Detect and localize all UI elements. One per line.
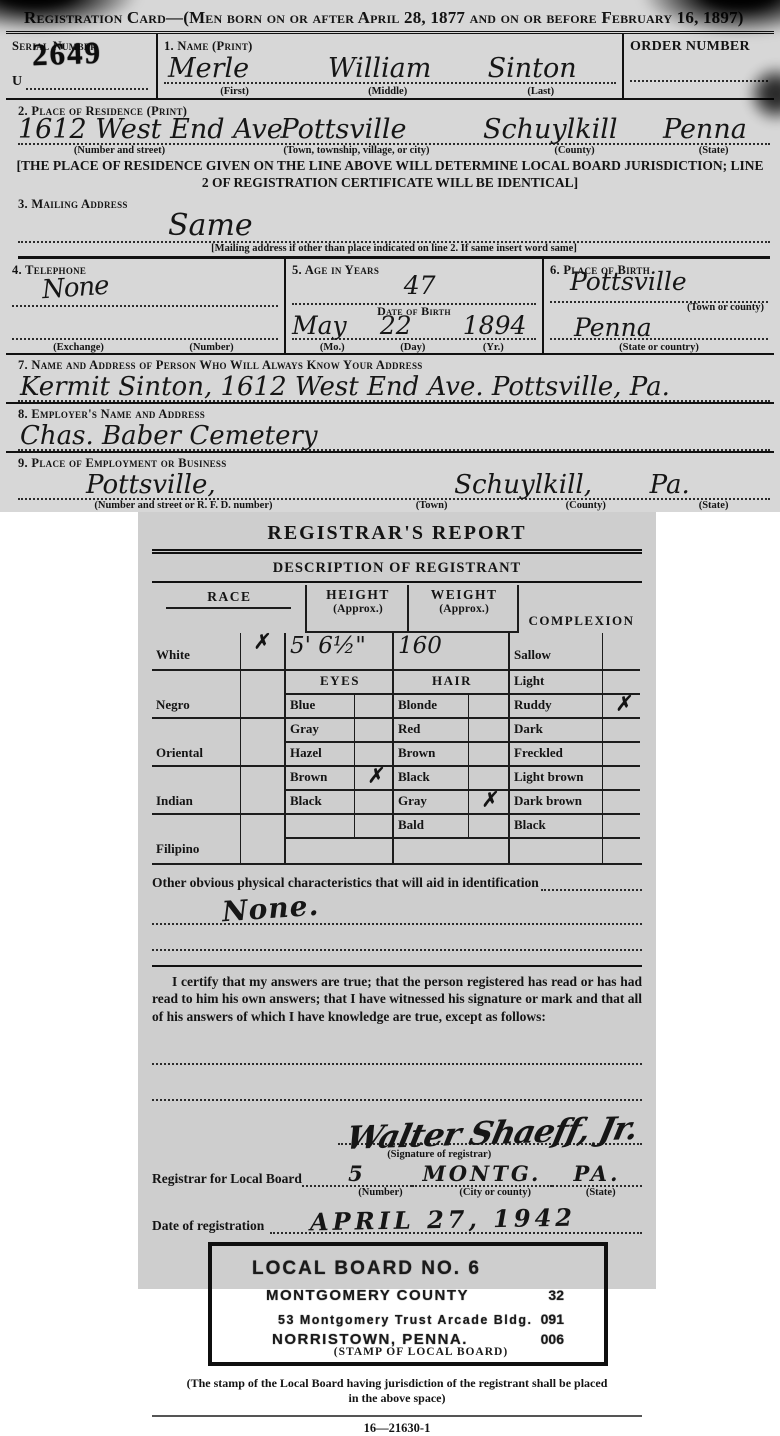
complexion-darkbrown-label: Dark brown [508, 791, 602, 815]
other-characteristics-line: Other obvious physical characteristics t… [152, 875, 642, 891]
eyes-blank-label [284, 815, 354, 839]
weight-header: WEIGHT (Approx.) [407, 585, 517, 633]
eyes-gray-check [354, 719, 392, 743]
table-row-oriental: Oriental Hazel Brown Freckled [152, 743, 642, 767]
local-board-stamp: LOCAL BOARD NO. 6 MONTGOMERY COUNTY 32 5… [208, 1242, 608, 1289]
birthplace-dotted-line-2 [550, 338, 768, 340]
contact-value: Kermit Sinton, 1612 West End Ave. Pottsv… [20, 374, 670, 400]
hair-footer-spacer [392, 839, 508, 863]
hair-gray-check: ✗ [468, 791, 508, 815]
complexion-sallow-label: Sallow [508, 633, 602, 671]
hair-black-check [468, 767, 508, 791]
board-city-segment: MONTG. [412, 1163, 552, 1187]
weight-header-text: WEIGHT [431, 587, 498, 602]
check-mark: ✗ [614, 696, 631, 713]
card-title: Registration Card—(Men born on or after … [6, 2, 774, 34]
race-indian-check [240, 791, 284, 815]
employment-section: 9. Place of Employment or Business Potts… [6, 453, 774, 512]
hair-bald-label: Bald [392, 815, 468, 839]
race-filipino-label: Filipino [152, 839, 240, 863]
race-spacer [152, 767, 240, 791]
weight-value: 160 [398, 633, 442, 659]
residence-state-value: Penna [663, 116, 768, 143]
exceptions-dotted-line-2 [152, 1065, 642, 1101]
contact-section: 7. Name and Address of Person Who Will A… [6, 355, 774, 404]
hair-blonde-label: Blonde [392, 695, 468, 719]
race-spacer [152, 671, 240, 695]
date-of-registration-write-line: APRIL 27, 1942 [270, 1208, 642, 1234]
other-characteristics-value: None. [221, 892, 320, 927]
employment-sublabels: (Number and street or R. F. D. number) (… [18, 500, 770, 512]
residence-town-value: Pottsville [281, 116, 484, 143]
serial-prefix: U [12, 74, 22, 90]
month-sublabel: (Mo.) [292, 342, 373, 353]
complexion-header: COMPLEXION [517, 585, 642, 633]
mailing-line: Same [18, 211, 770, 243]
race-spacer [152, 719, 240, 743]
employer-label: 8. Employer's Name and Address [18, 407, 205, 421]
complexion-lightbrown-check [602, 767, 640, 791]
complexion-dark-check [602, 719, 640, 743]
mailing-section: 3. Mailing Address Same [Mailing address… [6, 193, 774, 259]
table-row-gray-red-dark: Gray Red Dark [152, 719, 642, 743]
employment-town-sublabel: (Town) [349, 500, 514, 511]
number-sublabel: (Number) [145, 342, 278, 353]
hair-header: HAIR [392, 671, 508, 695]
eyes-blue-label: Blue [284, 695, 354, 719]
residence-street-value: 1612 West End Ave [18, 116, 281, 143]
board-state-segment: PA. [552, 1163, 642, 1187]
employment-street-sublabel: (Number and street or R. F. D. number) [18, 500, 349, 511]
other-characteristics-label: Other obvious physical characteristics t… [152, 875, 539, 891]
table-row-filipino: Filipino [152, 839, 642, 865]
telephone-sublabels: (Exchange) (Number) [12, 342, 278, 353]
eyes-blank-check [354, 815, 392, 839]
report-title: REGISTRAR'S REPORT [152, 516, 642, 554]
race-oriental-label: Oriental [152, 743, 240, 767]
board-state-value: PA. [574, 1161, 621, 1186]
residence-county-value: Schuylkill [483, 116, 663, 143]
race-negro-label: Negro [152, 695, 240, 719]
dob-sublabels: (Mo.) (Day) (Yr.) [292, 342, 536, 353]
birthplace-state-value: Penna [574, 315, 652, 340]
contact-line: Kermit Sinton, 1612 West End Ave. Pottsv… [18, 374, 770, 402]
exchange-sublabel: (Exchange) [12, 342, 145, 353]
hair-gray-label: Gray [392, 791, 468, 815]
race-white-check: ✗ [240, 633, 284, 671]
county-sublabel: (County) [492, 145, 657, 156]
telephone-age-birth-row: 4. Telephone None (Exchange) (Number) 5.… [6, 259, 774, 355]
employment-county-value: Schuylkill, [454, 472, 650, 498]
employer-line: Chas. Baber Cemetery [18, 423, 770, 451]
dob-year-value: 1894 [463, 313, 536, 338]
order-number-label: ORDER NUMBER [630, 39, 750, 54]
date-of-registration-line: Date of registration APRIL 27, 1942 [152, 1208, 642, 1234]
state-sublabel: (State) [657, 145, 770, 156]
name-cell: 1. Name (Print) Merle William Sinton (Fi… [156, 34, 622, 98]
complexion-lightbrown-label: Light brown [508, 767, 602, 791]
complexion-darkbrown-check [602, 791, 640, 815]
complexion-freckled-label: Freckled [508, 743, 602, 767]
local-board-sublabels: (Number) (City or county) (State) [152, 1187, 642, 1198]
table-row-bald-black: Bald Black [152, 815, 642, 839]
mailing-sublabel: [Mailing address if other than place ind… [18, 243, 770, 259]
birthplace-cell: 6. Place of Birth Pottsville (Town or co… [542, 259, 774, 353]
complexion-footer-spacer [508, 839, 602, 863]
birthplace-town-value: Pottsville [570, 269, 687, 294]
eyes-hazel-label: Hazel [284, 743, 354, 767]
complexion-light-check [602, 671, 640, 695]
board-number-segment: 5 [302, 1163, 412, 1187]
dob-day-value: 22 [380, 313, 463, 338]
race-check-spacer [240, 815, 284, 839]
name-label: 1. Name (Print) [164, 39, 253, 53]
contact-label: 7. Name and Address of Person Who Will A… [18, 358, 423, 372]
check-mark: ✗ [480, 792, 497, 809]
hair-black-label: Black [392, 767, 468, 791]
telephone-dotted-line-1 [12, 305, 278, 307]
hair-brown-check [468, 743, 508, 767]
weight-value-cell: 160 [392, 633, 508, 671]
serial-dotted-line [26, 78, 148, 90]
height-approx: (Approx.) [311, 603, 405, 615]
employer-section: 8. Employer's Name and Address Chas. Bab… [6, 404, 774, 453]
registrar-signature-block: Walter Shaeff, Jr. (Signature of registr… [152, 1107, 642, 1159]
hair-red-check [468, 719, 508, 743]
order-number-cell: ORDER NUMBER [622, 34, 774, 98]
registration-card-front: Registration Card—(Men born on or after … [0, 0, 780, 512]
board-number-value: 5 [348, 1161, 366, 1186]
race-check-spacer [240, 767, 284, 791]
name-middle-value: William [328, 55, 488, 82]
certification-text: I certify that my answers are true; that… [152, 973, 642, 1025]
race-spacer [152, 815, 240, 839]
eyes-gray-label: Gray [284, 719, 354, 743]
employment-place-value: Pottsville, [18, 472, 454, 498]
local-board-label: Registrar for Local Board [152, 1171, 302, 1187]
age-value: 47 [404, 273, 436, 298]
serial-prefix-line: U [12, 74, 148, 90]
registrars-report: REGISTRAR'S REPORT DESCRIPTION OF REGIST… [138, 512, 656, 1289]
name-last-value: Sinton [488, 55, 612, 82]
residence-handwriting: 1612 West End Ave Pottsville Schuylkill … [18, 116, 770, 145]
day-sublabel: (Day) [373, 342, 454, 353]
race-oriental-check [240, 743, 284, 767]
eyes-black-check [354, 791, 392, 815]
hair-brown-label: Brown [392, 743, 468, 767]
name-handwriting: Merle William Sinton [168, 55, 612, 82]
employment-state-sublabel: (State) [657, 500, 770, 511]
complexion-dark-label: Dark [508, 719, 602, 743]
hair-bald-check [468, 815, 508, 839]
street-sublabel: (Number and street) [18, 145, 221, 156]
eyes-hazel-check [354, 743, 392, 767]
complexion-freckled-check [602, 743, 640, 767]
other-write-line: None. [152, 891, 642, 925]
race-filipino-check [240, 839, 284, 863]
race-check-spacer [240, 671, 284, 695]
complexion-sallow-check [602, 633, 640, 671]
hair-red-label: Red [392, 719, 468, 743]
employment-handwriting: Pottsville, Schuylkill, Pa. [18, 472, 770, 500]
complexion-black-label: Black [508, 815, 602, 839]
town-sublabel: (Town, township, village, or city) [221, 145, 492, 156]
board-state-sublabel: (State) [559, 1187, 642, 1198]
eyes-header: EYES [284, 671, 392, 695]
registrar-signature: Walter Shaeff, Jr. [343, 1112, 640, 1154]
table-row-negro: Negro Blue Blonde Ruddy ✗ [152, 695, 642, 719]
year-sublabel: (Yr.) [453, 342, 534, 353]
eyes-black-label: Black [284, 791, 354, 815]
employer-value: Chas. Baber Cemetery [20, 423, 318, 449]
table-row-indian: Indian Black Gray ✗ Dark brown [152, 791, 642, 815]
serial-number-cell: Serial Number 2649 U [6, 34, 156, 98]
birthplace-state-sublabel: (State or country) [544, 342, 774, 353]
height-value-cell: 5' 6½" [284, 633, 392, 671]
eyes-footer-spacer [284, 839, 392, 863]
name-row: Serial Number 2649 U 1. Name (Print) Mer… [6, 34, 774, 100]
race-indian-label: Indian [152, 791, 240, 815]
serial-number-stamp: 2649 [31, 35, 102, 73]
complexion-footer-check-spacer [602, 839, 640, 863]
race-header: RACE [166, 587, 291, 609]
hair-blonde-check [468, 695, 508, 719]
weight-approx: (Approx.) [413, 603, 515, 615]
race-white-label: White [152, 633, 240, 671]
complexion-ruddy-label: Ruddy [508, 695, 602, 719]
employment-state-value: Pa. [650, 472, 770, 498]
table-header-row: RACE HEIGHT (Approx.) WEIGHT (Approx.) C… [152, 585, 642, 633]
complexion-black-check [602, 815, 640, 839]
board-sublabel-spacer [152, 1187, 330, 1198]
name-first-value: Merle [168, 55, 328, 82]
check-mark: ✗ [252, 634, 269, 651]
telephone-dotted-line-2 [12, 338, 278, 340]
certification-section: I certify that my answers are true; that… [152, 965, 642, 1025]
first-sublabel: (First) [158, 86, 311, 97]
eyes-blue-check [354, 695, 392, 719]
other-characteristics-section: Other obvious physical characteristics t… [152, 875, 642, 951]
report-subtitle: DESCRIPTION OF REGISTRANT [152, 554, 642, 583]
dob-month-value: May [292, 313, 380, 338]
jurisdiction-note: [THE PLACE OF RESIDENCE GIVEN ON THE LIN… [6, 156, 774, 193]
table-row-subheaders: EYES HAIR Light [152, 671, 642, 695]
order-number-dotted-line [630, 80, 768, 82]
height-header-text: HEIGHT [326, 587, 390, 602]
board-city-value: MONTG. [423, 1161, 542, 1186]
exceptions-dotted-line-1 [152, 1025, 642, 1065]
employment-label: 9. Place of Employment or Business [18, 456, 227, 470]
telephone-value: None [41, 272, 109, 303]
age-label: 5. Age in Years [292, 263, 379, 277]
middle-sublabel: (Middle) [311, 86, 464, 97]
height-header: HEIGHT (Approx.) [305, 585, 407, 633]
name-sublabels: (First) (Middle) (Last) [158, 86, 622, 97]
local-board-line: Registrar for Local Board 5 MONTG. PA. [152, 1163, 642, 1187]
description-table: RACE HEIGHT (Approx.) WEIGHT (Approx.) C… [152, 585, 642, 865]
residence-section: 2. Place of Residence (Print) 1612 West … [6, 100, 774, 156]
employment-county-sublabel: (County) [514, 500, 657, 511]
telephone-cell: 4. Telephone None (Exchange) (Number) [6, 259, 284, 353]
mailing-value: Same [168, 211, 253, 241]
race-check-spacer [240, 719, 284, 743]
other-dotted-tail [541, 879, 642, 891]
birthplace-town-sublabel: (Town or county) [687, 302, 764, 313]
table-row-brown-black: Brown ✗ Black Light brown [152, 767, 642, 791]
eyes-brown-label: Brown [284, 767, 354, 791]
residence-sublabels: (Number and street) (Town, township, vil… [18, 145, 770, 156]
board-city-sublabel: (City or county) [431, 1187, 559, 1198]
registrar-signature-sublabel: (Signature of registrar) [387, 1149, 491, 1160]
board-number-sublabel: (Number) [330, 1187, 431, 1198]
dob-handwriting: May 22 1894 [292, 313, 536, 340]
race-negro-check [240, 695, 284, 719]
age-cell: 5. Age in Years 47 Date of Birth May 22 … [284, 259, 542, 353]
mailing-label: 3. Mailing Address [18, 197, 128, 211]
complexion-light-label: Light [508, 671, 602, 695]
date-of-registration-label: Date of registration [152, 1218, 264, 1234]
eyes-brown-check: ✗ [354, 767, 392, 791]
complexion-ruddy-check: ✗ [602, 695, 640, 719]
check-mark: ✗ [366, 768, 383, 785]
height-value: 5' 6½" [290, 633, 366, 659]
other-dotted-line-2 [152, 925, 642, 951]
date-of-registration-value: APRIL 27, 1942 [310, 1205, 576, 1234]
stamp-board-number: LOCAL BOARD NO. 6 [252, 1258, 590, 1280]
last-sublabel: (Last) [464, 86, 617, 97]
table-row-white: White ✗ 5' 6½" 160 Sallow [152, 633, 642, 671]
